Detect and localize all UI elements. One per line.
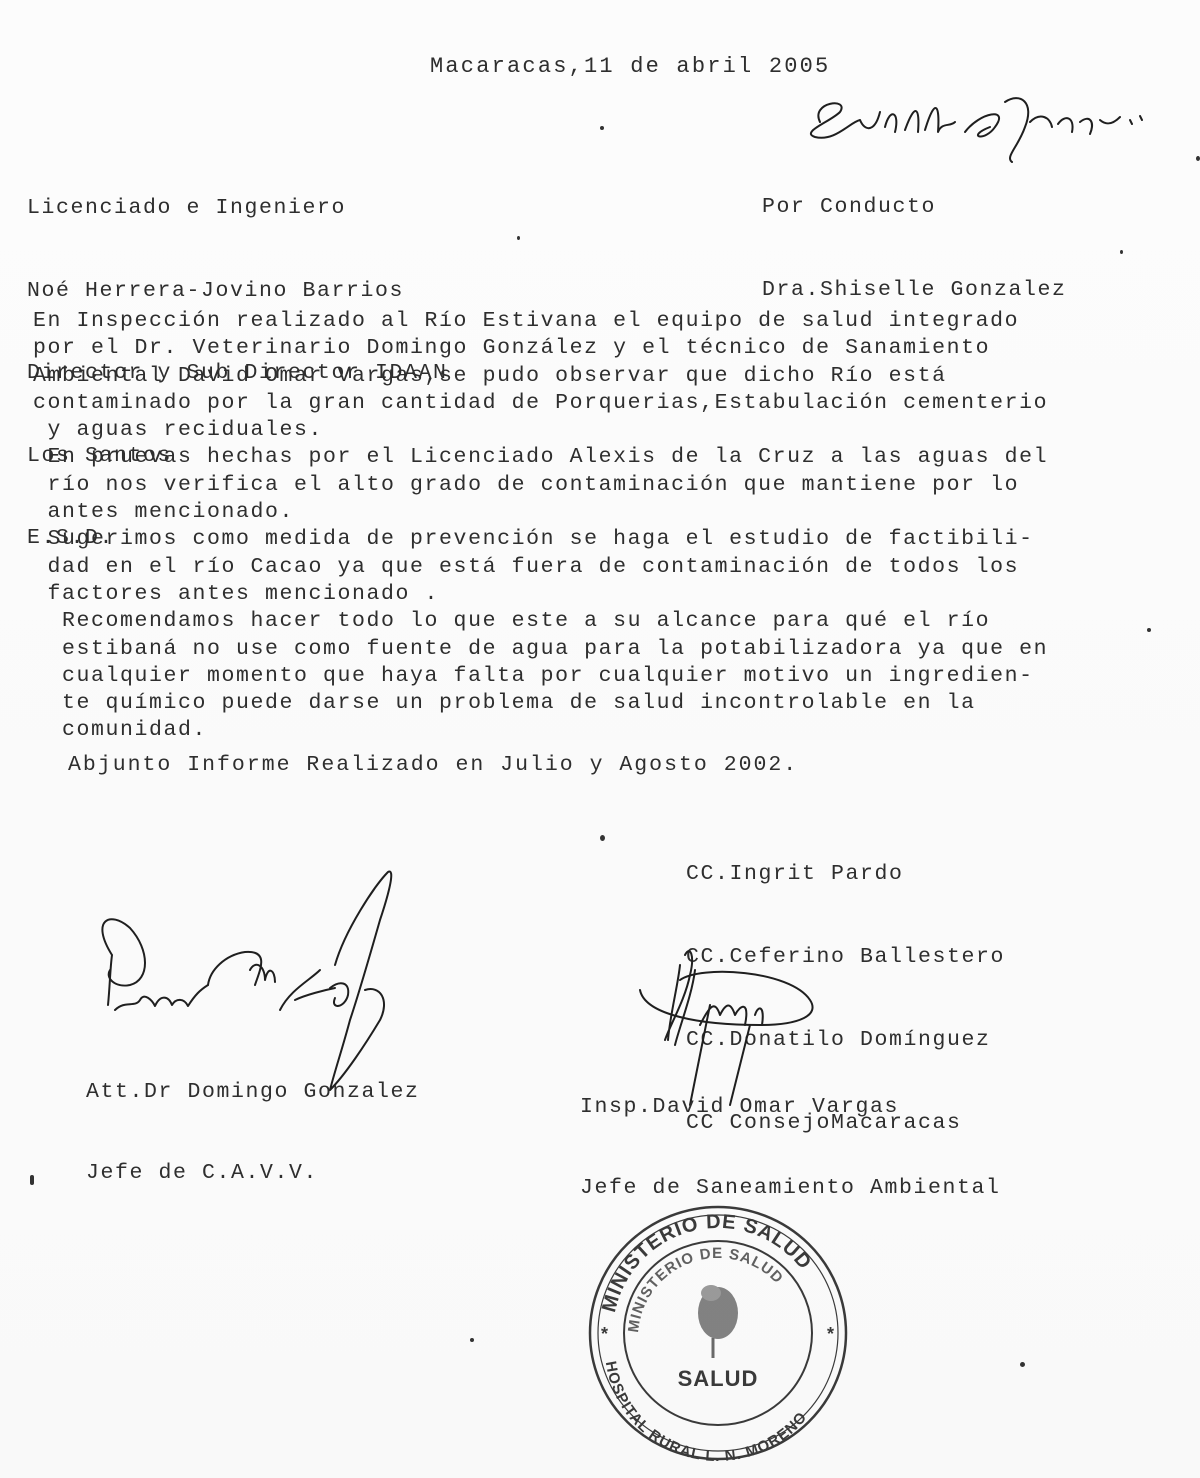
body-line: dad en el río Cacao ya que está fuera de… xyxy=(33,554,1048,581)
ministry-seal-emblem-icon xyxy=(698,1285,738,1358)
body-line: río nos verifica el alto grado de contam… xyxy=(33,472,1048,499)
scanned-letter-page: Macaracas,11 de abril 2005 Licenciado e … xyxy=(0,0,1200,1478)
scan-speck xyxy=(1120,250,1123,254)
scan-speck xyxy=(517,236,520,240)
scan-speck xyxy=(1196,156,1200,161)
body-line: En pruevas hechas por el Licenciado Alex… xyxy=(33,444,1048,471)
signatory-name: Att.Dr Domingo Gonzalez xyxy=(86,1079,420,1106)
via-label: Por Conducto xyxy=(762,194,1067,223)
letter-body: En Inspección realizado al Río Estivana … xyxy=(33,308,1048,745)
signatory-title: Jefe de C.A.V.V. xyxy=(86,1160,420,1187)
body-line: por el Dr. Veterinario Domingo González … xyxy=(33,335,1048,362)
attachment-note: Abjunto Informe Realizado en Julio y Ago… xyxy=(68,752,798,779)
svg-text:*: * xyxy=(827,1324,834,1344)
body-line: comunidad. xyxy=(33,717,1048,744)
body-line: Sugerimos como medida de prevención se h… xyxy=(33,526,1048,553)
body-line: cualquier momento que haya falta por cua… xyxy=(33,663,1048,690)
signatory-name: Insp.David Omar Vargas xyxy=(580,1094,1001,1121)
official-stamp: MINISTERIO DE SALUD HOSPITAL RURAL L. N.… xyxy=(583,1198,853,1468)
scan-speck xyxy=(470,1338,474,1342)
cc-item: CC.Ingrit Pardo xyxy=(686,861,1005,890)
scan-speck xyxy=(600,126,604,130)
scan-speck xyxy=(1147,628,1151,632)
body-line: factores antes mencionado . xyxy=(33,581,1048,608)
signatory-1: Att.Dr Domingo Gonzalez Jefe de C.A.V.V. xyxy=(86,1025,420,1241)
recipient-line: Licenciado e Ingeniero xyxy=(27,195,448,224)
via-name: Dra.Shiselle Gonzalez xyxy=(762,277,1067,306)
stamp-center: SALUD xyxy=(678,1366,759,1391)
body-line: Ambiental David Omar Vargas,se pudo obse… xyxy=(33,363,1048,390)
svg-text:*: * xyxy=(601,1324,608,1344)
recipient-line: Noé Herrera-Jovino Barrios xyxy=(27,278,448,307)
body-line: contaminado por la gran cantidad de Porq… xyxy=(33,390,1048,417)
body-line: antes mencionado. xyxy=(33,499,1048,526)
body-line: Recomendamos hacer todo lo que este a su… xyxy=(33,608,1048,635)
place-date: Macaracas,11 de abril 2005 xyxy=(430,53,830,80)
scan-speck xyxy=(600,835,605,841)
body-line: En Inspección realizado al Río Estivana … xyxy=(33,308,1048,335)
body-line: y aguas reciduales. xyxy=(33,417,1048,444)
body-line: te químico puede darse un problema de sa… xyxy=(33,690,1048,717)
body-line: estibaná no use como fuente de agua para… xyxy=(33,636,1048,663)
scan-speck xyxy=(30,1175,34,1185)
scan-speck xyxy=(1020,1362,1025,1367)
